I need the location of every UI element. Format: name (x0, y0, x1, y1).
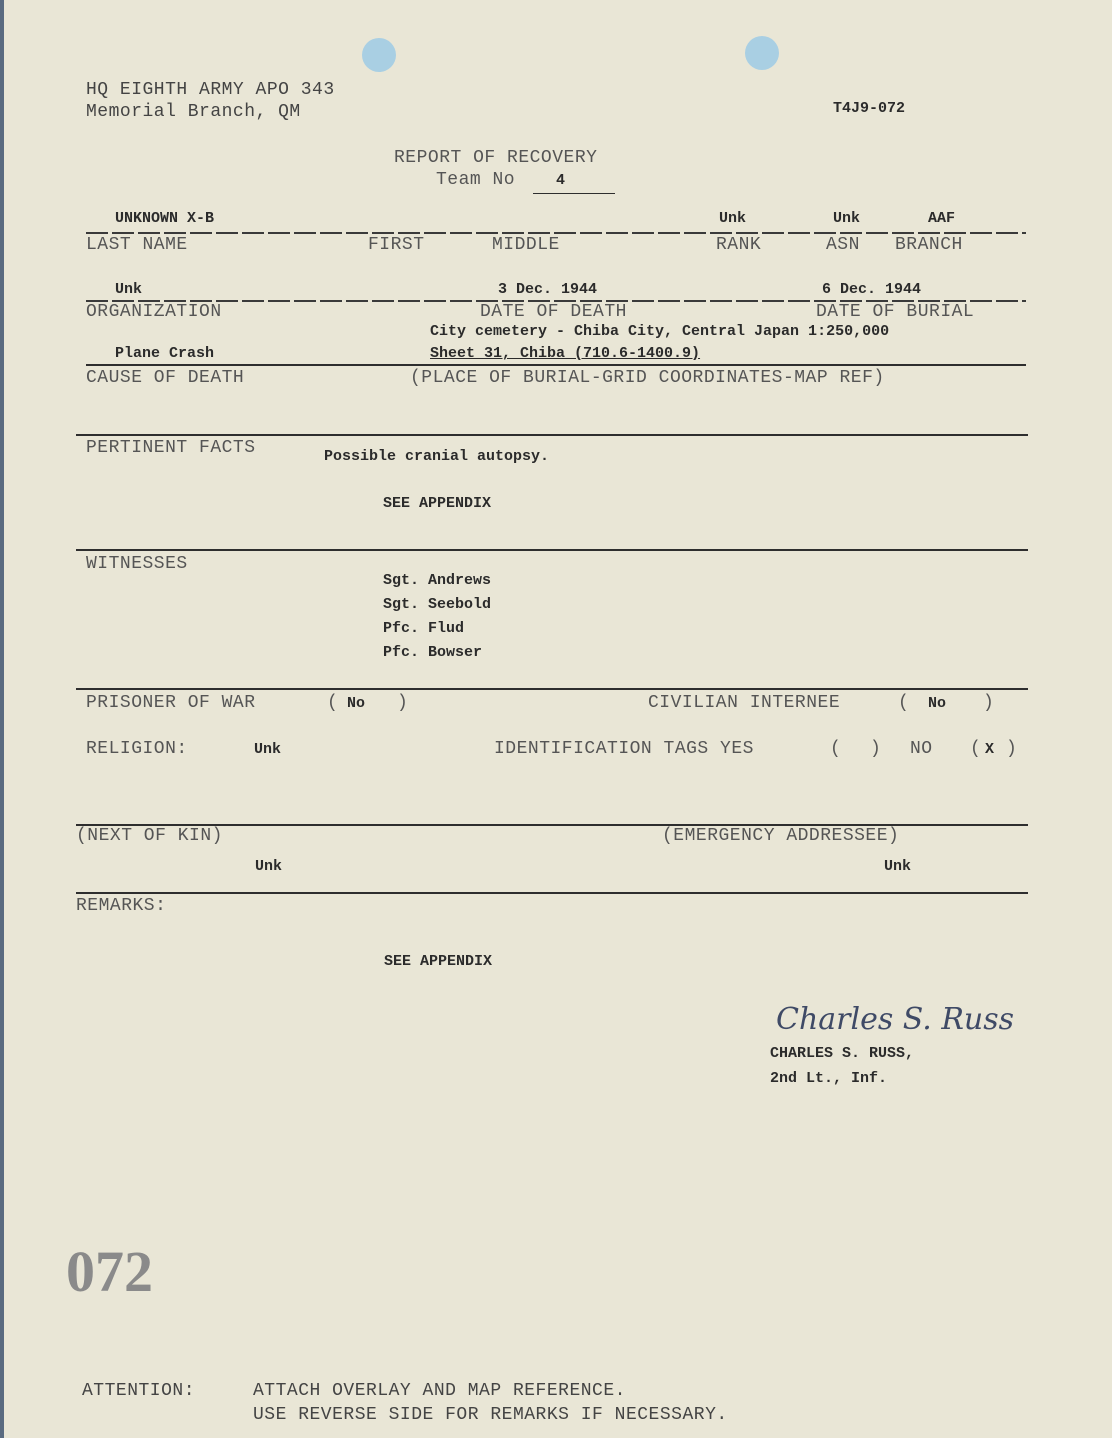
label-date-of-burial: DATE OF BURIAL (816, 302, 974, 322)
label-pertinent-facts: PERTINENT FACTS (86, 438, 256, 458)
rule-pertinent (76, 434, 1028, 436)
label-last-name: LAST NAME (86, 235, 188, 255)
file-number: T4J9-072 (833, 100, 905, 117)
witness-4: Pfc. Bowser (383, 644, 482, 661)
label-identification-tags: IDENTIFICATION TAGS YES (494, 739, 754, 759)
label-organization: ORGANIZATION (86, 302, 222, 322)
team-number: 4 (556, 172, 565, 189)
religion-value: Unk (254, 741, 281, 758)
punch-hole-left (362, 38, 396, 72)
label-cause-of-death: CAUSE OF DEATH (86, 368, 244, 388)
date-of-death-value: 3 Dec. 1944 (498, 281, 597, 298)
tags-yes-value (850, 741, 859, 758)
tags-yes-close-paren: ) (870, 739, 881, 759)
rule-name (86, 232, 1026, 234)
report-title: REPORT OF RECOVERY (394, 148, 597, 168)
emergency-addressee-value: Unk (884, 858, 911, 875)
rule-remarks (76, 892, 1028, 894)
label-asn: ASN (826, 235, 860, 255)
rule-status (76, 688, 1028, 690)
label-rank: RANK (716, 235, 761, 255)
last-name-value: UNKNOWN X-B (115, 210, 214, 227)
label-witnesses: WITNESSES (86, 554, 188, 574)
footer-attention-label: ATTENTION: (82, 1381, 195, 1401)
punch-hole-right (745, 36, 779, 70)
page-edge (0, 0, 4, 1438)
civilian-open-paren: ( (898, 693, 909, 713)
witness-1: Sgt. Andrews (383, 572, 491, 589)
branch-value: AAF (928, 210, 955, 227)
org-line-1: HQ EIGHTH ARMY APO 343 (86, 80, 335, 100)
pertinent-facts-text: Possible cranial autopsy. (324, 448, 549, 465)
signer-rank: 2nd Lt., Inf. (770, 1070, 887, 1087)
label-remarks: REMARKS: (76, 896, 166, 916)
organization-value: Unk (115, 281, 142, 298)
next-of-kin-value: Unk (255, 858, 282, 875)
remarks-see-appendix: SEE APPENDIX (384, 953, 492, 970)
tags-no-close-paren: ) (1006, 739, 1017, 759)
label-emergency-addressee: (EMERGENCY ADDRESSEE) (662, 826, 899, 846)
label-date-of-death: DATE OF DEATH (480, 302, 627, 322)
team-underline (533, 193, 615, 194)
org-line-2: Memorial Branch, QM (86, 102, 301, 122)
label-prisoner-of-war: PRISONER OF WAR (86, 693, 256, 713)
team-label: Team No (436, 170, 515, 190)
asn-value: Unk (833, 210, 860, 227)
pertinent-see-appendix: SEE APPENDIX (383, 495, 491, 512)
civilian-value: No (928, 695, 946, 712)
cause-of-death-value: Plane Crash (115, 345, 214, 362)
tags-yes-open-paren: ( (830, 739, 841, 759)
pow-close-paren: ) (397, 693, 408, 713)
label-tags-no: NO (910, 739, 933, 759)
tags-no-value: X (985, 741, 994, 758)
rule-witnesses (76, 549, 1028, 551)
label-civilian-internee: CIVILIAN INTERNEE (648, 693, 840, 713)
label-branch: BRANCH (895, 235, 963, 255)
signer-name: CHARLES S. RUSS, (770, 1045, 914, 1062)
label-place-of-burial: (PLACE OF BURIAL-GRID COORDINATES-MAP RE… (410, 368, 885, 388)
stamp-number: 072 (66, 1238, 153, 1305)
label-next-of-kin: (NEXT OF KIN) (76, 826, 223, 846)
label-religion: RELIGION: (86, 739, 188, 759)
place-of-burial-line2: Sheet 31, Chiba (710.6-1400.9) (430, 345, 700, 362)
pow-open-paren: ( (327, 693, 338, 713)
pow-value: No (347, 695, 365, 712)
tags-no-open-paren: ( (970, 739, 981, 759)
witness-2: Sgt. Seebold (383, 596, 491, 613)
place-of-burial-line1: City cemetery - Chiba City, Central Japa… (430, 323, 889, 340)
witness-3: Pfc. Flud (383, 620, 464, 637)
signature-script: Charles S. Russ (776, 1002, 1014, 1037)
date-of-burial-value: 6 Dec. 1944 (822, 281, 921, 298)
label-first: FIRST (368, 235, 425, 255)
civilian-close-paren: ) (983, 693, 994, 713)
footer-line-1: ATTACH OVERLAY AND MAP REFERENCE. (253, 1381, 626, 1401)
footer-line-2: USE REVERSE SIDE FOR REMARKS IF NECESSAR… (253, 1405, 728, 1425)
rank-value: Unk (719, 210, 746, 227)
label-middle: MIDDLE (492, 235, 560, 255)
rule-cause (86, 364, 1026, 366)
